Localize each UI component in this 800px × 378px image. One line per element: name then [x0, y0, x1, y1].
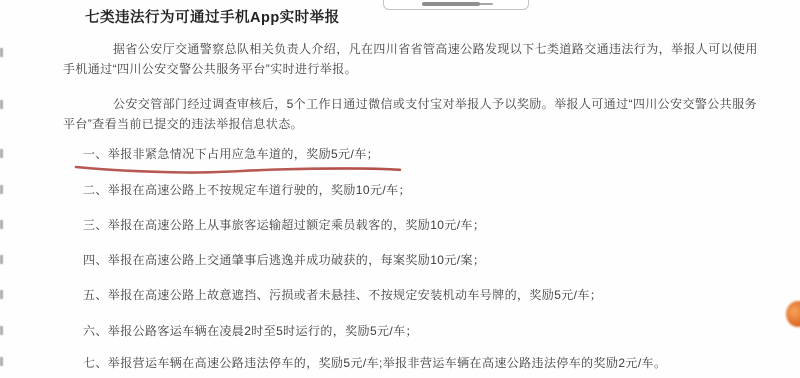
red-underline-annotation	[72, 160, 404, 178]
article-paragraph-1: 据省公安厅交通警察总队相关负责人介绍，凡在四川省省管高速公路发现以下七类道路交通…	[63, 39, 763, 79]
article-paragraph-2: 公安交管部门经过调查审核后，5个工作日通过微信或支付宝对举报人予以奖励。举报人可…	[63, 94, 763, 134]
left-edge-artifact	[0, 255, 3, 264]
left-edge-artifact	[0, 326, 3, 335]
left-edge-artifact	[0, 100, 3, 109]
left-edge-artifact	[0, 185, 3, 194]
left-edge-artifact	[0, 290, 3, 299]
list-item-2: 二、举报在高速公路上不按规定车道行驶的，奖励10元/车；	[83, 182, 783, 198]
article-title: 七类违法行为可通过手机App实时举报	[85, 6, 340, 27]
left-edge-artifact	[0, 149, 3, 158]
list-item-6: 六、举报公路客运车辆在凌晨2时至5时运行的，奖励5元/车；	[83, 323, 783, 339]
truncated-button-text	[422, 2, 480, 6]
left-edge-artifact	[0, 48, 3, 57]
article-page: 七类违法行为可通过手机App实时举报 据省公安厅交通警察总队相关负责人介绍，凡在…	[0, 0, 800, 378]
list-item-3: 三、举报在高速公路上从事旅客运输超过额定乘员载客的，奖励10元/车；	[83, 217, 783, 233]
left-edge-artifact	[0, 220, 3, 229]
left-edge-artifact	[0, 357, 3, 366]
list-item-7: 七、举报营运车辆在高速公路违法停车的，奖励5元/车;举报非营运车辆在高速公路违法…	[83, 355, 783, 371]
list-item-4: 四、举报在高速公路上交通肇事后逃逸并成功破获的，每案奖励10元/案；	[83, 252, 783, 268]
truncated-top-button[interactable]	[383, 0, 529, 10]
partial-orange-icon[interactable]	[786, 301, 800, 327]
list-item-5: 五、举报在高速公路上故意遮挡、污损或者未悬挂、不按规定安装机动车号牌的，奖励5元…	[83, 287, 783, 303]
